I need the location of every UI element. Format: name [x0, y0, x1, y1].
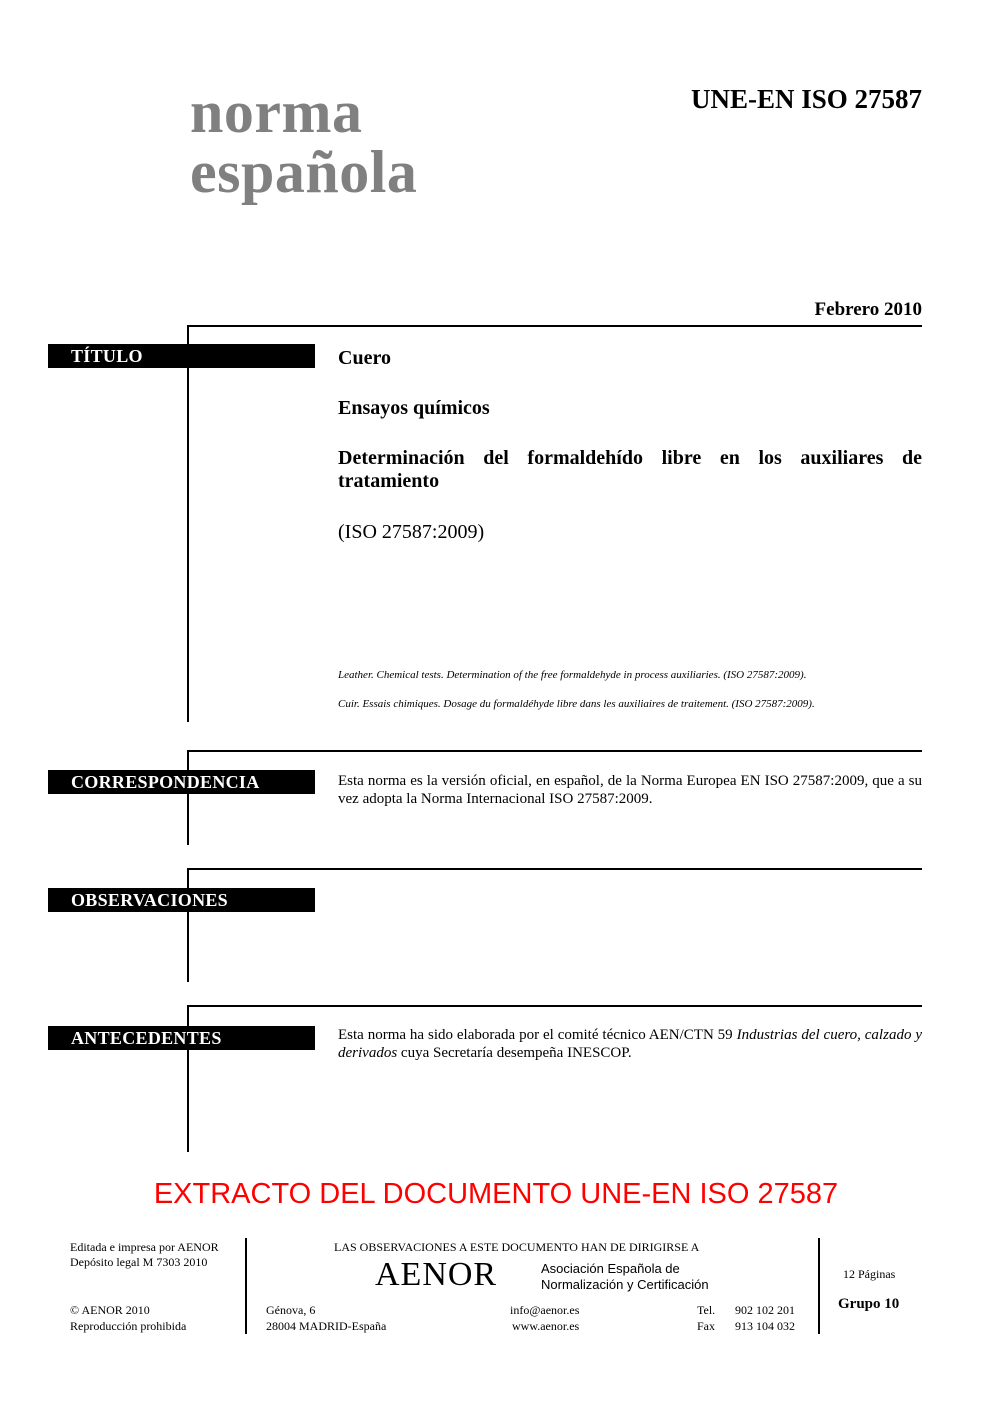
section-rule-correspondencia: [187, 750, 189, 845]
publication-date: Febrero 2010: [815, 299, 922, 321]
section-label-antecedentes: ANTECEDENTES: [71, 1026, 222, 1050]
antecedentes-text: Esta norma ha sido elaborada por el comi…: [338, 1026, 922, 1062]
section-label-correspondencia: CORRESPONDENCIA: [71, 770, 260, 794]
aenor-full-name-line1: Asociación Española de: [541, 1261, 709, 1277]
french-title: Cuir. Essais chimiques. Dosage du formal…: [338, 698, 815, 710]
footer-observations-notice: LAS OBSERVACIONES A ESTE DOCUMENTO HAN D…: [334, 1239, 699, 1255]
english-title: Leather. Chemical tests. Determination o…: [338, 669, 806, 681]
footer-website[interactable]: www.aenor.es: [512, 1318, 579, 1334]
footer-address-line2: 28004 MADRID-España: [266, 1318, 386, 1334]
extract-banner: EXTRACTO DEL DOCUMENTO UNE-EN ISO 27587: [0, 1178, 992, 1211]
footer-divider-left: [245, 1238, 247, 1334]
footer-legal-deposit: Depósito legal M 7303 2010: [70, 1254, 207, 1270]
price-group: Grupo 10: [838, 1296, 899, 1313]
footer-address-line1: Génova, 6: [266, 1302, 315, 1318]
section-rule-titulo: [187, 325, 189, 722]
section-divider-antecedentes: [187, 1005, 922, 1007]
antecedentes-text-start: Esta norma ha sido elaborada por el comi…: [338, 1027, 737, 1043]
brand-title-line1: norma: [190, 82, 362, 142]
footer-fax-label: Fax: [697, 1318, 715, 1334]
aenor-logo: AENOR: [375, 1258, 497, 1292]
section-divider-titulo: [187, 325, 922, 327]
title-primary: Cuero: [338, 347, 922, 370]
footer-reproduction: Reproducción prohibida: [70, 1318, 186, 1334]
section-rule-observaciones: [187, 868, 189, 982]
footer-fax-value: 913 104 032: [735, 1318, 795, 1334]
correspondencia-text: Esta norma es la versión oficial, en esp…: [338, 772, 922, 808]
aenor-full-name-line2: Normalización y Certificación: [541, 1277, 709, 1293]
footer-divider-right: [818, 1238, 820, 1334]
title-secondary: Ensayos químicos: [338, 397, 922, 420]
brand-title-line2: española: [190, 142, 417, 202]
aenor-full-name: Asociación Española de Normalización y C…: [541, 1261, 709, 1293]
standard-code: UNE-EN ISO 27587: [691, 84, 922, 115]
section-label-titulo: TÍTULO: [71, 344, 143, 368]
footer-tel-label: Tel.: [697, 1302, 715, 1318]
iso-reference: (ISO 27587:2009): [338, 521, 922, 544]
footer-edited-by: Editada e impresa por AENOR: [70, 1239, 219, 1255]
section-divider-observaciones: [187, 868, 922, 870]
footer-email[interactable]: info@aenor.es: [510, 1302, 579, 1318]
page-count: 12 Páginas: [843, 1266, 895, 1282]
antecedentes-text-end: cuya Secretaría desempeña INESCOP.: [397, 1045, 632, 1061]
footer-tel-value: 902 102 201: [735, 1302, 795, 1318]
section-divider-correspondencia: [187, 750, 922, 752]
section-label-observaciones: OBSERVACIONES: [71, 888, 228, 912]
footer-copyright: © AENOR 2010: [70, 1302, 150, 1318]
title-main: Determinación del formaldehído libre en …: [338, 447, 922, 493]
